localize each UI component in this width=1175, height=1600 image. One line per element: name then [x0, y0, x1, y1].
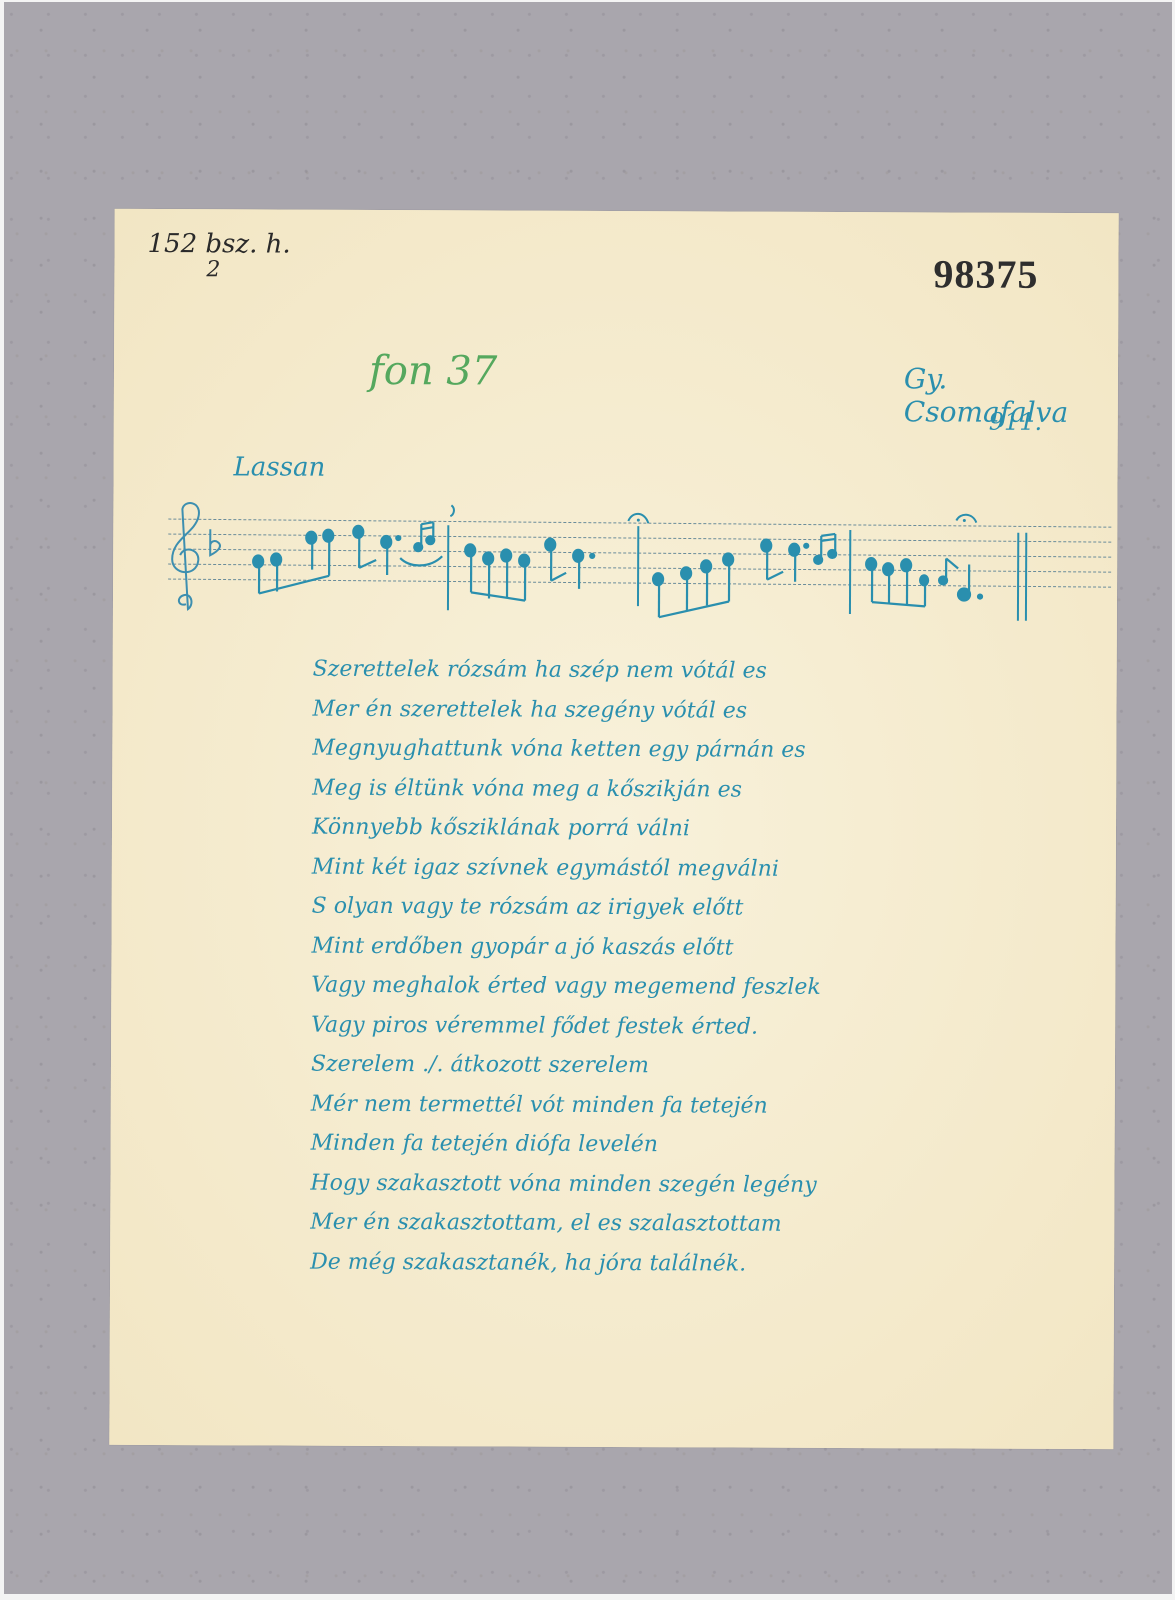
lyric-line: Mér nem termettél vót minden fa tetején — [311, 1084, 1011, 1127]
staff-lines — [168, 519, 1113, 587]
stamp-number: 98375 — [933, 250, 1038, 297]
call-number: 152 bsz. h. — [147, 229, 290, 260]
green-annotation: fon 37 — [369, 348, 497, 395]
lyric-line: Mer én szerettelek ha szegény vótál es — [312, 689, 1012, 732]
lyric-line: Vagy piros véremmel fődet festek érted. — [311, 1005, 1011, 1048]
lyrics-block: Szerettelek rózsám ha szép nem vótál es … — [310, 650, 1013, 1285]
manuscript-page: 152 bsz. h. 2 98375 fon 37 Gy. Csomafalv… — [109, 209, 1118, 1449]
lyric-line: Minden fa tetején diófa levelén — [311, 1124, 1011, 1167]
call-number-sub: 2 — [206, 257, 220, 282]
lyric-line: Meg is éltünk vóna meg a kőszikján es — [312, 768, 1012, 811]
lyric-line: Szerelem ./. átkozott szerelem — [311, 1045, 1011, 1088]
flat-sign-icon — [210, 529, 220, 555]
lyric-line: Vagy meghalok érted vagy megemend feszle… — [311, 966, 1011, 1009]
tempo-marking: Lassan — [234, 452, 326, 482]
music-staff — [158, 499, 1119, 623]
grey-mount-board: 152 bsz. h. 2 98375 fon 37 Gy. Csomafalv… — [4, 2, 1172, 1594]
breath-mark-icon — [450, 505, 454, 516]
lyric-line: Hogy szakasztott vóna minden szegén legé… — [310, 1163, 1010, 1206]
lyric-line: De még szakasztanék, ha jóra találnék. — [310, 1242, 1010, 1285]
lyric-line: Mer én szakasztottam, el es szalasztotta… — [310, 1203, 1010, 1246]
lyric-line: Szerettelek rózsám ha szép nem vótál es — [313, 650, 1013, 693]
notes-measure-1 — [253, 521, 442, 594]
lyric-line: Mint két igaz szívnek egymástól megválni — [312, 847, 1012, 890]
lyric-line: Megnyughattunk vóna ketten egy párnán es — [312, 729, 1012, 772]
collection-year: 911. — [989, 408, 1043, 436]
lyric-line: S olyan vagy te rózsám az irigyek előtt — [312, 887, 1012, 930]
lyric-line: Könnyebb kősziklának porrá válni — [312, 808, 1012, 851]
notes-measure-2 — [465, 538, 594, 601]
lyric-line: Mint erdőben gyopár a jó kaszás előtt — [311, 926, 1011, 969]
notes-measure-3 — [653, 533, 836, 618]
fermata-icon — [956, 515, 976, 523]
fermata-icon — [628, 514, 648, 523]
notes-measure-4 — [866, 558, 982, 607]
